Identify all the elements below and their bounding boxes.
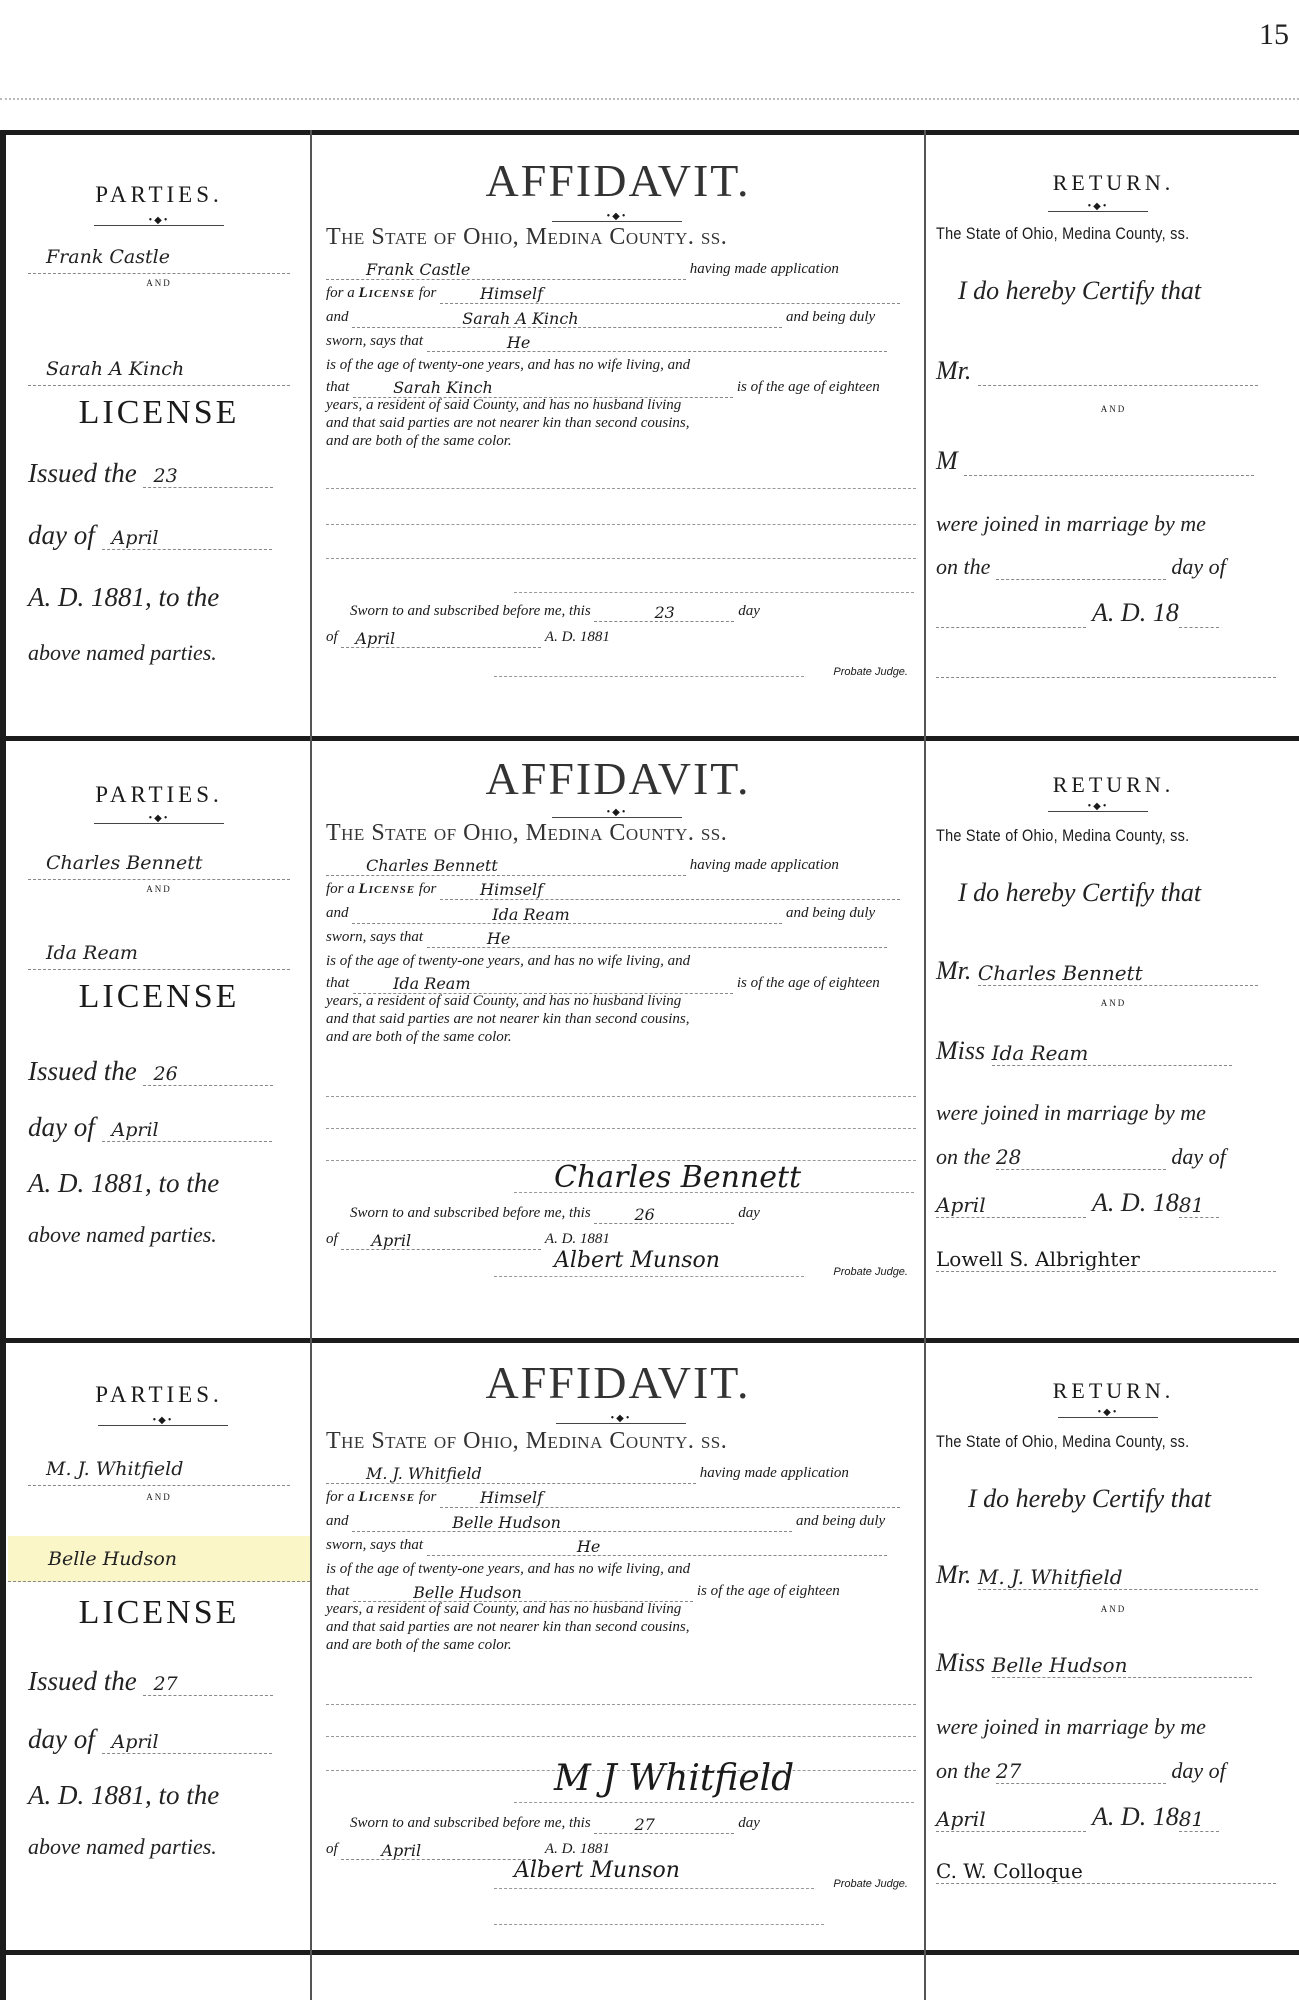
to-the-label: , to the — [145, 1168, 219, 1198]
applicant-signature: Charles Bennett — [554, 1160, 801, 1195]
sworn-to-label: Sworn to and subscribed before me, this — [350, 603, 591, 619]
says-that-value: He — [427, 928, 887, 948]
sworn-month: April — [341, 1840, 541, 1860]
affidavit-heading: AFFIDAVIT. — [314, 154, 922, 207]
probate-judge-label: Probate Judge. — [833, 666, 908, 678]
age-21-clause: is of the age of twenty-one years, and h… — [326, 1558, 918, 1580]
applicant-signature-line — [514, 1802, 914, 1803]
sworn-day: 27 — [594, 1814, 734, 1834]
of-label: of — [326, 1231, 338, 1247]
age-18-clause: is of the age of eighteen — [737, 975, 880, 991]
applicant-signature: M J Whitfield — [554, 1758, 794, 1799]
day-of-label: day of — [1171, 554, 1225, 579]
mr-label: Mr. — [936, 356, 971, 385]
ornament-divider — [1058, 1414, 1158, 1422]
of-label: of — [326, 1841, 338, 1857]
license-heading: LICENSE — [8, 394, 310, 432]
day-of-label: day of — [28, 1112, 95, 1142]
certify-label: I do hereby Certify that — [968, 1484, 1299, 1514]
ad-18-label: A. D. 18 — [1092, 1188, 1179, 1217]
and-party-value: Belle Hudson — [352, 1512, 792, 1532]
day-of-label: day of — [1171, 1758, 1225, 1783]
state-county-line: The State of Ohio, Medina County. ss. — [326, 820, 727, 847]
being-duly-label: and being duly — [796, 1513, 885, 1529]
and-label: and — [326, 309, 349, 325]
ad-18-label: A. D. 18 — [1092, 1802, 1179, 1831]
for-a-label: for a — [326, 285, 355, 301]
age-18-clause: is of the age of eighteen — [737, 379, 880, 395]
groom-name: Frank Castle — [28, 246, 290, 274]
license-word: License — [359, 1489, 416, 1505]
day-label: day — [738, 1205, 760, 1221]
return-year-suffix: 81 — [1179, 1807, 1219, 1832]
above-named-label: above named parties. — [28, 1222, 298, 1248]
sworn-year: 1881 — [580, 1841, 610, 1857]
return-bride: Belle Hudson — [992, 1653, 1252, 1678]
being-duly-label: and being duly — [786, 905, 875, 921]
blank-line — [326, 1128, 916, 1129]
affidavit-column: AFFIDAVIT. The State of Ohio, Medina Cou… — [314, 136, 922, 736]
return-state-line: The State of Ohio, Medina County, ss. — [936, 1432, 1189, 1452]
issued-day: 23 — [143, 465, 273, 488]
day-label: day — [738, 603, 760, 619]
return-month: April — [936, 1807, 1086, 1832]
marriage-record: PARTIES. M. J. Whitfield AND Belle Hudso… — [0, 1344, 1299, 1950]
groom-name: M. J. Whitfield — [28, 1458, 290, 1486]
for-a-label: for a — [326, 1489, 355, 1505]
probate-judge-label: Probate Judge. — [833, 1878, 908, 1890]
blank-line — [326, 1736, 916, 1737]
issued-label: Issued the — [28, 458, 137, 488]
having-made-label: having made application — [690, 261, 839, 277]
ad-label: A. D. — [28, 1780, 84, 1810]
miss-label: M — [936, 446, 958, 475]
officiant-signature: C. W. Colloque — [936, 1859, 1276, 1884]
license-heading: LICENSE — [8, 1594, 310, 1632]
issued-year: 1881 — [91, 1780, 145, 1810]
return-year-suffix: 81 — [1179, 1193, 1219, 1218]
sworn-day: 26 — [594, 1204, 734, 1224]
ad-label: A. D. — [545, 1231, 576, 1247]
above-named-label: above named parties. — [28, 1834, 298, 1860]
day-label: day — [738, 1815, 760, 1831]
ornament-divider — [556, 1420, 686, 1428]
judge-signature: Albert Munson — [554, 1248, 720, 1273]
return-column: RETURN. The State of Ohio, Medina County… — [928, 1344, 1299, 1950]
return-column: RETURN. The State of Ohio, Medina County… — [928, 136, 1299, 736]
sworn-year: 1881 — [580, 629, 610, 645]
ornament-divider — [94, 820, 224, 828]
sworn-month: April — [341, 628, 541, 648]
and-party-value: Ida Ream — [352, 904, 782, 924]
affidavit-heading: AFFIDAVIT. — [314, 1356, 922, 1409]
and-label: AND — [8, 278, 310, 288]
that-label: that — [326, 975, 349, 991]
judge-signature-line — [494, 1888, 814, 1889]
and-label: and — [326, 1513, 349, 1529]
sworn-month: April — [341, 1230, 541, 1250]
to-the-label: , to the — [145, 582, 219, 612]
for-a-label: for a — [326, 881, 355, 897]
bride-name-highlighted: Belle Hudson — [8, 1536, 310, 1582]
sworn-day: 23 — [594, 602, 734, 622]
judge-signature-line — [494, 676, 804, 677]
day-of-label: day of — [1171, 1144, 1225, 1169]
that-label: that — [326, 379, 349, 395]
top-dotted-rule — [0, 98, 1299, 100]
for-label: for — [419, 285, 437, 301]
certify-label: I do hereby Certify that — [958, 276, 1299, 306]
record-divider — [0, 1950, 1299, 1955]
that-label: that — [326, 1583, 349, 1599]
ad-label: A. D. — [545, 1841, 576, 1857]
ad-18-label: A. D. 18 — [1092, 598, 1179, 627]
page-number: 15 — [1259, 18, 1289, 52]
blank-line — [326, 1096, 916, 1097]
blank-line — [326, 1704, 916, 1705]
affidavit-column: AFFIDAVIT. The State of Ohio, Medina Cou… — [314, 742, 922, 1338]
on-the-label: on the — [936, 554, 990, 579]
on-the-label: on the — [936, 1758, 990, 1783]
return-state-line: The State of Ohio, Medina County, ss. — [936, 224, 1189, 244]
issued-month: April — [102, 1731, 272, 1754]
state-county-line: The State of Ohio, Medina County. ss. — [326, 224, 727, 251]
issued-month: April — [102, 1119, 272, 1142]
and-party-value: Sarah A Kinch — [352, 308, 782, 328]
color-clause: and are both of the same color. — [326, 1026, 918, 1048]
ornament-divider — [1048, 208, 1148, 216]
officiant-signature — [936, 677, 1276, 678]
mr-label: Mr. — [936, 956, 971, 985]
return-bride: Ida Ream — [992, 1041, 1232, 1066]
license-word: License — [359, 881, 416, 897]
bride-name: Ida Ream — [28, 942, 290, 970]
return-bride — [964, 475, 1254, 476]
mr-label: Mr. — [936, 1560, 971, 1589]
sworn-says-label: sworn, says that — [326, 1537, 423, 1553]
blank-line — [326, 488, 916, 489]
having-made-label: having made application — [690, 857, 839, 873]
marriage-record: PARTIES. Frank Castle AND Sarah A Kinch … — [0, 136, 1299, 736]
applicant-name: Charles Bennett — [326, 855, 686, 876]
day-of-label: day of — [28, 1724, 95, 1754]
for-label: for — [419, 881, 437, 897]
and-label: AND — [928, 1604, 1299, 1614]
return-year-suffix — [1179, 627, 1219, 628]
parties-column: PARTIES. M. J. Whitfield AND Belle Hudso… — [8, 1344, 310, 1950]
groom-name: Charles Bennett — [28, 852, 290, 880]
return-day — [996, 579, 1166, 580]
license-heading: LICENSE — [8, 978, 310, 1016]
joined-label: were joined in marriage by me — [936, 1100, 1288, 1126]
parties-heading: PARTIES. — [8, 182, 310, 208]
license-for-value: Himself — [440, 879, 900, 900]
says-that-value: He — [427, 332, 887, 352]
officiant-signature: Lowell S. Albrighter — [936, 1247, 1276, 1272]
return-day: 28 — [996, 1145, 1166, 1170]
ornament-divider — [1048, 808, 1148, 816]
color-clause: and are both of the same color. — [326, 1634, 918, 1656]
joined-label: were joined in marriage by me — [936, 1714, 1288, 1740]
return-day: 27 — [996, 1759, 1166, 1784]
return-month: April — [936, 1193, 1086, 1218]
return-groom — [978, 385, 1258, 386]
ad-label: A. D. — [545, 629, 576, 645]
miss-label: Miss — [936, 1648, 985, 1677]
return-heading: RETURN. — [928, 170, 1299, 196]
day-of-label: day of — [28, 520, 95, 550]
applicant-signature-line — [514, 592, 914, 593]
issued-label: Issued the — [28, 1056, 137, 1086]
and-label: AND — [8, 1492, 310, 1502]
blank-line — [326, 558, 916, 559]
applicant-name: M. J. Whitfield — [326, 1463, 696, 1484]
on-the-label: on the — [936, 1144, 990, 1169]
and-label: and — [326, 905, 349, 921]
for-label: for — [419, 1489, 437, 1505]
judge-signature: Albert Munson — [514, 1858, 680, 1883]
having-made-label: having made application — [700, 1465, 849, 1481]
ornament-divider — [94, 222, 224, 230]
and-label: AND — [8, 884, 310, 894]
above-named-label: above named parties. — [28, 640, 298, 666]
age-21-clause: is of the age of twenty-one years, and h… — [326, 950, 918, 972]
parties-heading: PARTIES. — [8, 1382, 310, 1408]
ornament-divider — [98, 1422, 228, 1430]
license-word: License — [359, 285, 416, 301]
return-column: RETURN. The State of Ohio, Medina County… — [928, 742, 1299, 1338]
marriage-record: PARTIES. Charles Bennett AND Ida Ream LI… — [0, 742, 1299, 1338]
of-label: of — [326, 629, 338, 645]
return-heading: RETURN. — [928, 772, 1299, 798]
sworn-to-label: Sworn to and subscribed before me, this — [350, 1815, 591, 1831]
certify-label: I do hereby Certify that — [958, 878, 1299, 908]
parties-heading: PARTIES. — [8, 782, 310, 808]
affidavit-column: AFFIDAVIT. The State of Ohio, Medina Cou… — [314, 1344, 922, 1950]
issued-year: 1881 — [91, 1168, 145, 1198]
age-18-clause: is of the age of eighteen — [697, 1583, 840, 1599]
return-heading: RETURN. — [928, 1378, 1299, 1404]
color-clause: and are both of the same color. — [326, 430, 918, 452]
issued-label: Issued the — [28, 1666, 137, 1696]
record-divider — [0, 736, 1299, 741]
issued-year: 1881 — [91, 582, 145, 612]
to-the-label: , to the — [145, 1780, 219, 1810]
judge-signature-line — [494, 1276, 804, 1277]
being-duly-label: and being duly — [786, 309, 875, 325]
joined-label: were joined in marriage by me — [936, 511, 1288, 537]
blank-line — [326, 524, 916, 525]
record-divider — [0, 1338, 1299, 1343]
sworn-to-label: Sworn to and subscribed before me, this — [350, 1205, 591, 1221]
sworn-year: 1881 — [580, 1231, 610, 1247]
age-21-clause: is of the age of twenty-one years, and h… — [326, 354, 918, 376]
blank-line — [494, 1924, 824, 1925]
applicant-name: Frank Castle — [326, 259, 686, 280]
return-groom: M. J. Whitfield — [978, 1565, 1258, 1590]
and-label: AND — [928, 404, 1299, 414]
miss-label: Miss — [936, 1036, 985, 1065]
license-for-value: Himself — [440, 283, 900, 304]
return-groom: Charles Bennett — [978, 961, 1258, 986]
issued-day: 26 — [143, 1063, 273, 1086]
record-divider — [0, 130, 1299, 135]
ad-label: A. D. — [28, 1168, 84, 1198]
affidavit-heading: AFFIDAVIT. — [314, 752, 922, 805]
bride-name: Sarah A Kinch — [28, 358, 290, 386]
parties-column: PARTIES. Charles Bennett AND Ida Ream LI… — [8, 742, 310, 1338]
return-month — [936, 627, 1086, 628]
sworn-says-label: sworn, says that — [326, 333, 423, 349]
probate-judge-label: Probate Judge. — [833, 1266, 908, 1278]
issued-day: 27 — [143, 1673, 273, 1696]
license-for-value: Himself — [440, 1487, 900, 1508]
issued-month: April — [102, 527, 272, 550]
and-label: AND — [928, 998, 1299, 1008]
state-county-line: The State of Ohio, Medina County. ss. — [326, 1428, 727, 1455]
sworn-says-label: sworn, says that — [326, 929, 423, 945]
says-that-value: He — [427, 1536, 887, 1556]
ad-label: A. D. — [28, 582, 84, 612]
parties-column: PARTIES. Frank Castle AND Sarah A Kinch … — [8, 136, 310, 736]
return-state-line: The State of Ohio, Medina County, ss. — [936, 826, 1189, 846]
